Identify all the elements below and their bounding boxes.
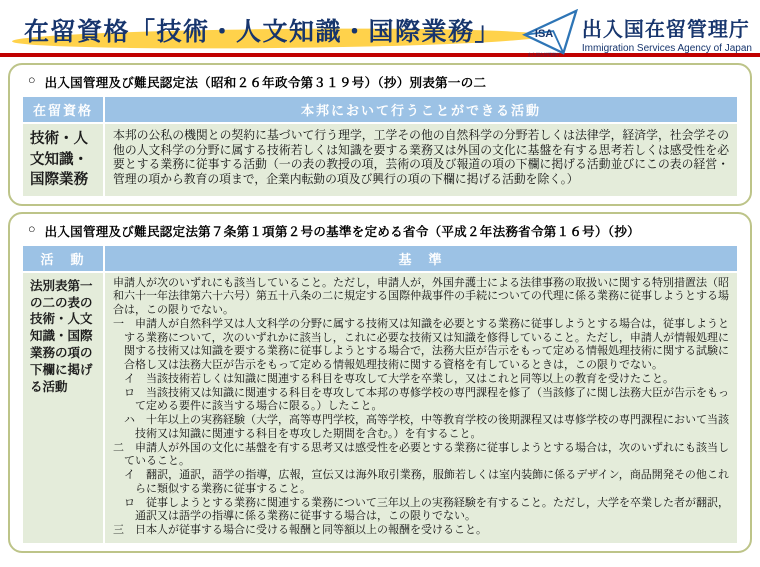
col-header-status-of-residence: 在留資格 — [23, 97, 103, 122]
permitted-activities-cell: 本邦の公私の機関との契約に基づいて行う理学，工学その他の自然科学の分野若しくは法… — [105, 124, 737, 196]
criteria-item-1-ro: ロ 当該技術又は知識に関連する科目を専攻して本邦の専修学校の専門課程を修了（当該… — [113, 387, 729, 415]
criteria-item-3: 三 日本人が従事する場合に受ける報酬と同等額以上の報酬を受けること。 — [113, 524, 729, 538]
col-header-activity: 活 動 — [23, 246, 103, 271]
slide-page: 在留資格「技術・人文知識・国際業務」 ISA 出入国在留管理庁 出入国在留管理庁… — [0, 0, 760, 567]
circle-bullet: ○ — [28, 73, 36, 91]
criteria-item-1-i: イ 当該技術若しくは知識に関連する科目を専攻して大学を卒業し，又はこれと同等以上… — [113, 373, 729, 387]
title-block: 在留資格「技術・人文知識・国際業務」 — [24, 12, 501, 48]
status-activities-table: 在留資格 本邦において行うことができる活動 技術・人文知識・国際業務 本邦の公私… — [23, 97, 737, 196]
col-header-permitted-activities: 本邦において行うことができる活動 — [105, 97, 737, 122]
ministerial-ordinance-section: ○ 出入国管理及び難民認定法第７条第１項第２号の基準を定める省令（平成２年法務省… — [8, 212, 752, 553]
immigration-act-section: ○ 出入国管理及び難民認定法（昭和２６年政令第３１９号）（抄）別表第一の二 在留… — [8, 63, 752, 206]
status-of-residence-cell: 技術・人文知識・国際業務 — [23, 124, 103, 196]
criteria-item-1: 一 申請人が自然科学又は人文科学の分野に属する技術又は知識を必要とする業務に従事… — [113, 318, 729, 373]
agency-brand: ISA 出入国在留管理庁 出入国在留管理庁 Immigration Servic… — [522, 9, 754, 59]
activity-cell: 法別表第一の二の表の技術・人文知識・国際業務の項の下欄に掲げる活動 — [23, 273, 103, 543]
isa-logo: ISA 出入国在留管理庁 — [522, 9, 579, 59]
page-title: 在留資格「技術・人文知識・国際業務」 — [24, 12, 501, 48]
criteria-item-2-ro: ロ 従事しようとする業務に関連する業務について三年以上の実務経験を有すること。た… — [113, 497, 729, 525]
col-header-criteria: 基 準 — [105, 246, 737, 271]
isa-logo-caption: 出入国在留管理庁 — [528, 52, 560, 58]
activity-criteria-table: 活 動 基 準 法別表第一の二の表の技術・人文知識・国際業務の項の下欄に掲げる活… — [23, 246, 737, 543]
agency-name-en: Immigration Services Agency of Japan — [582, 43, 752, 54]
criteria-item-2-i: イ 翻訳，通訳，語学の指導，広報，宣伝又は海外取引業務，服飾若しくは室内装飾に係… — [113, 469, 729, 497]
isa-logo-text: ISA — [535, 28, 553, 40]
section1-heading: ○ 出入国管理及び難民認定法（昭和２６年政令第３１９号）（抄）別表第一の二 — [23, 73, 737, 91]
agency-names: 出入国在留管理庁 Immigration Services Agency of … — [582, 9, 752, 54]
section2-heading: ○ 出入国管理及び難民認定法第７条第１項第２号の基準を定める省令（平成２年法務省… — [23, 222, 737, 240]
page-header: 在留資格「技術・人文知識・国際業務」 ISA 出入国在留管理庁 出入国在留管理庁… — [0, 0, 760, 52]
section2-heading-text: 出入国管理及び難民認定法第７条第１項第２号の基準を定める省令（平成２年法務省令第… — [45, 222, 640, 240]
criteria-cell: 申請人が次のいずれにも該当していること。ただし，申請人が，外国弁護士による法律事… — [105, 273, 737, 543]
agency-name-ja: 出入国在留管理庁 — [582, 13, 752, 42]
section1-heading-text: 出入国管理及び難民認定法（昭和２６年政令第３１９号）（抄）別表第一の二 — [45, 73, 487, 91]
criteria-item-2: 二 申請人が外国の文化に基盤を有する思考又は感受性を必要とする業務に従事しようと… — [113, 442, 729, 470]
criteria-intro: 申請人が次のいずれにも該当していること。ただし，申請人が，外国弁護士による法律事… — [113, 277, 729, 318]
circle-bullet: ○ — [28, 222, 36, 240]
criteria-item-1-ha: ハ 十年以上の実務経験（大学，高等専門学校，高等学校，中等教育学校の後期課程又は… — [113, 414, 729, 442]
